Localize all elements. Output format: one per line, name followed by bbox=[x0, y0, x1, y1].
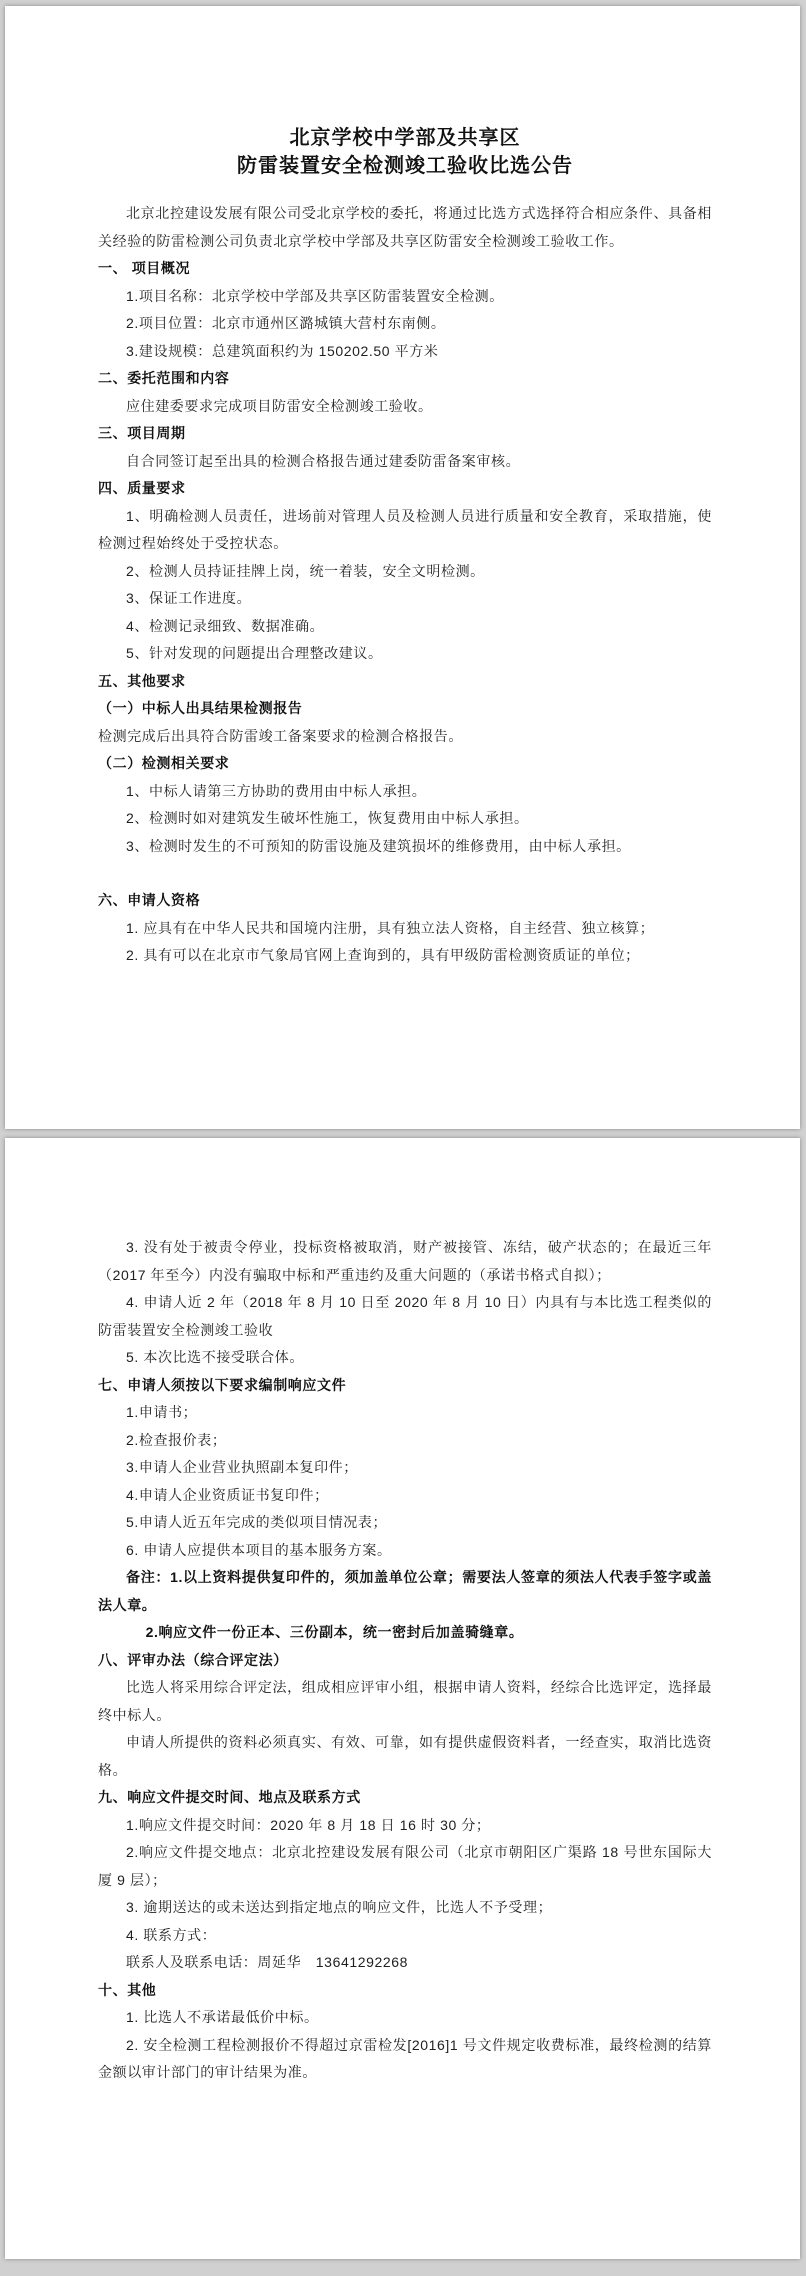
section-heading-10: 十、其他 bbox=[98, 1977, 712, 2005]
paragraph: 2.响应文件提交地点：北京北控建设发展有限公司（北京市朝阳区广渠路 18 号世东… bbox=[98, 1839, 712, 1894]
paragraph: 4、检测记录细致、数据准确。 bbox=[98, 613, 712, 641]
contact-line: 联系人及联系电话：周延华 13641292268 bbox=[98, 1949, 712, 1977]
document-viewer: 北京学校中学部及共享区防雷装置安全检测竣工验收比选公告北京北控建设发展有限公司受… bbox=[0, 0, 806, 2276]
paragraph: 4. 申请人近 2 年（2018 年 8 月 10 日至 2020 年 8 月 … bbox=[98, 1289, 712, 1344]
paragraph: 2、检测时如对建筑发生破坏性施工，恢复费用由中标人承担。 bbox=[98, 805, 712, 833]
paragraph: 2.项目位置：北京市通州区潞城镇大营村东南侧。 bbox=[98, 310, 712, 338]
note-line: 备注：1.以上资料提供复印件的，须加盖单位公章；需要法人签章的须法人代表手签字或… bbox=[98, 1564, 712, 1619]
paragraph: 2. 具有可以在北京市气象局官网上查询到的，具有甲级防雷检测资质证的单位； bbox=[98, 942, 712, 970]
paragraph: 1、明确检测人员责任，进场前对管理人员及检测人员进行质量和安全教育，采取措施，使… bbox=[98, 503, 712, 558]
paragraph: 1. 比选人不承诺最低价中标。 bbox=[98, 2004, 712, 2032]
paragraph: 应住建委要求完成项目防雷安全检测竣工验收。 bbox=[98, 393, 712, 421]
spacer bbox=[98, 860, 712, 887]
paragraph: 6. 申请人应提供本项目的基本服务方案。 bbox=[98, 1537, 712, 1565]
paragraph: 比选人将采用综合评定法，组成相应评审小组，根据申请人资料，经综合比选评定，选择最… bbox=[98, 1674, 712, 1729]
paragraph: 5、针对发现的问题提出合理整改建议。 bbox=[98, 640, 712, 668]
paragraph: 4.申请人企业资质证书复印件； bbox=[98, 1482, 712, 1510]
section-heading-7: 七、申请人须按以下要求编制响应文件 bbox=[98, 1372, 712, 1400]
section-heading-9: 九、响应文件提交时间、地点及联系方式 bbox=[98, 1784, 712, 1812]
paragraph: 1.申请书； bbox=[98, 1399, 712, 1427]
paragraph: 3、保证工作进度。 bbox=[98, 585, 712, 613]
page-2: 3. 没有处于被责令停业，投标资格被取消，财产被接管、冻结，破产状态的；在最近三… bbox=[5, 1138, 800, 2259]
paragraph: 3、检测时发生的不可预知的防雷设施及建筑损坏的维修费用，由中标人承担。 bbox=[98, 833, 712, 861]
section-heading-2: 二、委托范围和内容 bbox=[98, 365, 712, 393]
section-heading-8: 八、评审办法（综合评定法） bbox=[98, 1647, 712, 1675]
paragraph: 5.申请人近五年完成的类似项目情况表； bbox=[98, 1509, 712, 1537]
subsection-heading-5-1: （一）中标人出具结果检测报告 bbox=[98, 695, 712, 723]
paragraph: 2、检测人员持证挂牌上岗，统一着装，安全文明检测。 bbox=[98, 558, 712, 586]
document-title-line-2: 防雷装置安全检测竣工验收比选公告 bbox=[98, 152, 712, 180]
section-heading-6: 六、申请人资格 bbox=[98, 887, 712, 915]
paragraph: 3.建设规模：总建筑面积约为 150202.50 平方米 bbox=[98, 338, 712, 366]
paragraph: 1.响应文件提交时间：2020 年 8 月 18 日 16 时 30 分； bbox=[98, 1812, 712, 1840]
paragraph: 5. 本次比选不接受联合体。 bbox=[98, 1344, 712, 1372]
paragraph: 申请人所提供的资料必须真实、有效、可靠，如有提供虚假资料者，一经查实，取消比选资… bbox=[98, 1729, 712, 1784]
paragraph: 1.项目名称：北京学校中学部及共享区防雷装置安全检测。 bbox=[98, 283, 712, 311]
section-heading-5: 五、其他要求 bbox=[98, 668, 712, 696]
section-heading-3: 三、项目周期 bbox=[98, 420, 712, 448]
intro-paragraph: 北京北控建设发展有限公司受北京学校的委托，将通过比选方式选择符合相应条件、具备相… bbox=[98, 200, 712, 255]
section-heading-1: 一、 项目概况 bbox=[98, 255, 712, 283]
note-line: 2.响应文件一份正本、三份副本，统一密封后加盖骑缝章。 bbox=[98, 1619, 712, 1647]
paragraph: 2.检查报价表； bbox=[98, 1427, 712, 1455]
paragraph: 1. 应具有在中华人民共和国境内注册，具有独立法人资格，自主经营、独立核算； bbox=[98, 915, 712, 943]
paragraph: 1、中标人请第三方协助的费用由中标人承担。 bbox=[98, 778, 712, 806]
paragraph: 3.申请人企业营业执照副本复印件； bbox=[98, 1454, 712, 1482]
paragraph: 自合同签订起至出具的检测合格报告通过建委防雷备案审核。 bbox=[98, 448, 712, 476]
document-title-line-1: 北京学校中学部及共享区 bbox=[98, 124, 712, 152]
section-heading-4: 四、质量要求 bbox=[98, 475, 712, 503]
paragraph: 4. 联系方式： bbox=[98, 1922, 712, 1950]
subsection-heading-5-2: （二）检测相关要求 bbox=[98, 750, 712, 778]
paragraph: 检测完成后出具符合防雷竣工备案要求的检测合格报告。 bbox=[98, 723, 712, 751]
paragraph: 3. 没有处于被责令停业，投标资格被取消，财产被接管、冻结，破产状态的；在最近三… bbox=[98, 1234, 712, 1289]
page-1: 北京学校中学部及共享区防雷装置安全检测竣工验收比选公告北京北控建设发展有限公司受… bbox=[5, 6, 800, 1129]
paragraph: 3. 逾期送达的或未送达到指定地点的响应文件，比选人不予受理； bbox=[98, 1894, 712, 1922]
paragraph: 2. 安全检测工程检测报价不得超过京雷检发[2016]1 号文件规定收费标准，最… bbox=[98, 2032, 712, 2087]
